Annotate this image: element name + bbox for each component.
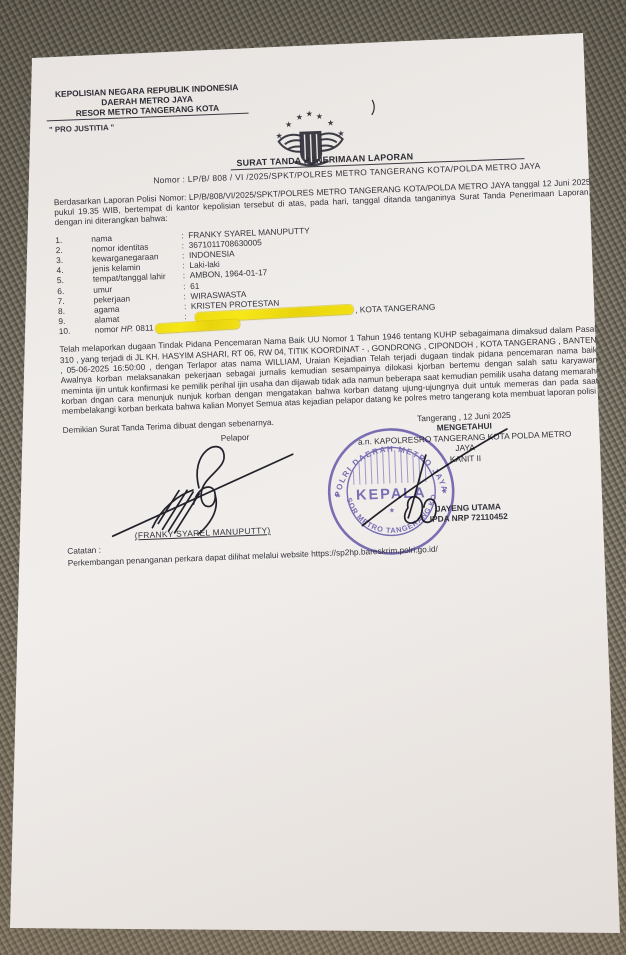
field-label-hp: HP. xyxy=(120,323,133,333)
field-value-umur: 61 xyxy=(190,280,200,290)
svg-text:★: ★ xyxy=(327,118,335,127)
incident-paragraph: Telah melaporkan dugaan Tindak Pidana Pe… xyxy=(59,324,598,417)
identity-fields: 1. nama :FRANKY SYAREL MANUPUTTY 2. nomo… xyxy=(55,214,596,336)
svg-text:★: ★ xyxy=(334,491,341,499)
field-value-hp: 0811 xyxy=(135,323,153,334)
svg-text:★: ★ xyxy=(305,109,313,118)
document-paper: KEPOLISIAN NEGARA REPUBLIK INDONESIA DAE… xyxy=(0,0,626,955)
svg-text:★: ★ xyxy=(285,120,293,129)
letterhead: KEPOLISIAN NEGARA REPUBLIK INDONESIA DAE… xyxy=(46,82,249,122)
redaction-highlight-hp xyxy=(155,319,239,333)
pen-mark xyxy=(368,99,379,120)
field-label-nomor-hp: nomor xyxy=(95,324,119,335)
document-content: KEPOLISIAN NEGARA REPUBLIK INDONESIA DAE… xyxy=(30,29,616,880)
police-emblem-icon: ★ ★ ★ ★ ★ ★ ★ xyxy=(269,108,353,171)
svg-text:★: ★ xyxy=(296,113,304,122)
photo-scene: KEPOLISIAN NEGARA REPUBLIK INDONESIA DAE… xyxy=(0,0,626,955)
svg-text:★: ★ xyxy=(316,112,324,121)
